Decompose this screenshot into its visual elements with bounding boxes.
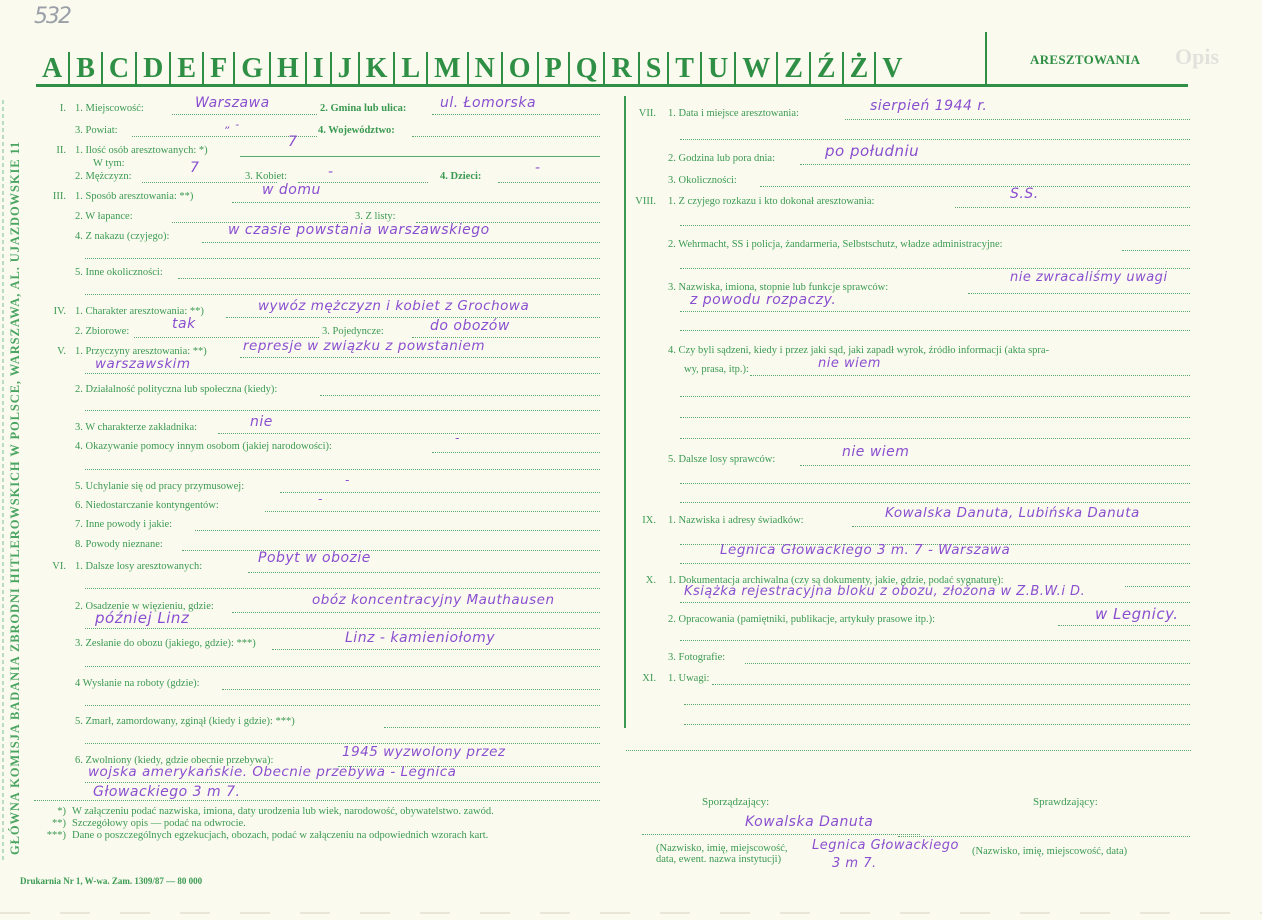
- line-sadzeni-2[interactable]: [680, 396, 1190, 397]
- value-kobiet: -: [328, 164, 334, 180]
- perforation-edge: [2, 100, 4, 860]
- label-losy-sprawcow: 5. Dalsze losy sprawców:: [668, 454, 775, 466]
- line-dokumentacja-2[interactable]: [680, 602, 1190, 603]
- alphabet-letter: Z: [778, 52, 811, 86]
- label-roboty: 4 Wysłanie na roboty (gdzie):: [75, 678, 200, 690]
- value-mezczyzn: 7: [190, 160, 199, 176]
- value-pojedyncze: do obozów: [430, 318, 510, 334]
- label-dalsze-losy: 1. Dalsze losy aresztowanych:: [75, 561, 202, 573]
- section-roman-XI: XI.: [626, 673, 656, 684]
- section-roman-VIII: VIII.: [626, 196, 656, 207]
- value-godzina: po południu: [825, 143, 919, 159]
- alphabet-letter: I: [307, 52, 332, 86]
- value-zakladnik: nie: [250, 414, 273, 430]
- label-wehrmacht: 2. Wehrmacht, SS i policja, żandarmeria,…: [668, 239, 1003, 251]
- label-inne-powody: 7. Inne powody i jakie:: [75, 519, 172, 531]
- line-godzina[interactable]: [800, 164, 1190, 165]
- value-opracowania: w Legnicy.: [1095, 606, 1179, 622]
- label-sporzadzajacy: Sporządzający:: [702, 796, 769, 808]
- label-godzina: 2. Godzina lub pora dnia:: [668, 153, 775, 165]
- bleed-through-text: Opis: [1175, 44, 1219, 70]
- line-nazwiska-sprawcow[interactable]: [968, 293, 1190, 294]
- line-dalsze-losy[interactable]: [248, 572, 600, 573]
- line-dalsze-losy-2[interactable]: [85, 588, 600, 589]
- value-nazwiska-sprawcow-2: z powodu rozpaczy.: [690, 292, 836, 308]
- line-kontyngenty[interactable]: [265, 511, 600, 512]
- value-powiat: „ -: [225, 117, 240, 133]
- label-okolicznosci: 3. Okoliczności:: [668, 175, 737, 187]
- footnote: **)Szczegółowy opis — podać na odwrocie.: [40, 818, 600, 830]
- alphabet-letter: N: [469, 52, 503, 86]
- label-wojewodztwo: 4. Województwo:: [318, 125, 395, 137]
- value-sporzadzajacy-address-2: 3 m 7.: [832, 856, 877, 872]
- label-w-tym: W tym:: [93, 158, 125, 170]
- value-data-miejsce: sierpień 1944 r.: [870, 98, 987, 114]
- line-inne-okolicznosci[interactable]: [178, 278, 600, 279]
- alphabet-index: ABCDEFGHIJKLMNOPQRSTUWZŹŻV: [36, 46, 909, 86]
- alphabet-letter: P: [539, 52, 570, 86]
- footnote: *)W załączeniu podać nazwiska, imiona, d…: [40, 806, 600, 818]
- label-gmina-text: 2. Gmina lub ulica:: [320, 103, 406, 114]
- alphabet-letter: R: [605, 52, 639, 86]
- alphabet-letter: J: [332, 52, 360, 86]
- line-nazwiska-sprawcow-3[interactable]: [680, 330, 1190, 331]
- value-sporzadzajacy-address: Legnica Głowackiego: [812, 838, 959, 854]
- line-gmina[interactable]: [432, 114, 600, 115]
- alphabet-letter: F: [204, 52, 235, 86]
- line-pomoc-2[interactable]: [85, 469, 600, 470]
- label-inne-okolicznosci: 5. Inne okoliczności:: [75, 267, 163, 279]
- section-roman-IV: IV.: [36, 306, 66, 317]
- label-mezczyzn: 2. Mężczyzn:: [75, 171, 132, 183]
- line-sadzeni[interactable]: [750, 375, 1190, 376]
- label-uchylanie: 5. Uchylanie się od pracy przymusowej:: [75, 481, 244, 493]
- alphabet-letter: K: [360, 52, 396, 86]
- section-roman-IX: IX.: [626, 515, 656, 526]
- label-lapanka: 2. W łapance:: [75, 211, 133, 223]
- caption-sprawdzajacy: (Nazwisko, imię, miejscowość, data): [972, 846, 1127, 858]
- line-inne-okolicznosci-2[interactable]: [85, 294, 600, 295]
- line-rozkaz[interactable]: [955, 207, 1190, 208]
- line-swiadkowie-3[interactable]: [680, 563, 1190, 564]
- column-divider: [624, 96, 626, 728]
- section-roman-VII: VII.: [626, 108, 656, 119]
- line-z-nakazu-2[interactable]: [85, 258, 600, 259]
- section-roman-VI: VI.: [36, 561, 66, 572]
- value-miejscowosc: Warszawa: [195, 95, 270, 111]
- value-sadzeni: nie wiem: [818, 356, 881, 372]
- line-osadzenie-2[interactable]: [85, 628, 600, 629]
- line-uwagi[interactable]: [712, 684, 1190, 685]
- label-sprawdzajacy: Sprawdzający:: [1033, 796, 1098, 808]
- alphabet-letter: B: [70, 52, 103, 86]
- section-roman-V: V.: [36, 346, 66, 357]
- line-wojewodztwo[interactable]: [412, 136, 600, 137]
- line-przyczyny-2[interactable]: [85, 373, 600, 374]
- alphabet-letter: Q: [570, 52, 606, 86]
- value-losy-sprawcow: nie wiem: [842, 444, 909, 460]
- line-z-nakazu[interactable]: [202, 242, 600, 243]
- label-zakladnik: 3. W charakterze zakładnika:: [75, 422, 197, 434]
- label-fotografie: 3. Fotografie:: [668, 652, 725, 664]
- form-title: ARESZTOWANIA: [1030, 52, 1140, 68]
- label-zmarl: 5. Zmarł, zamordowany, zginął (kiedy i g…: [75, 716, 295, 728]
- line-dzieci[interactable]: [498, 182, 600, 183]
- line-przyczyny[interactable]: [240, 357, 600, 358]
- label-swiadkowie: 1. Nazwiska i adresy świadków:: [668, 515, 804, 527]
- line-swiadkowie[interactable]: [852, 526, 1190, 527]
- value-nazwiska-sprawcow: nie zwracaliśmy uwagi: [1010, 270, 1168, 286]
- value-sposob: w domu: [262, 182, 321, 198]
- header-rule: [36, 84, 1188, 87]
- line-data-miejsce[interactable]: [845, 119, 1190, 120]
- label-z-nakazu: 4. Z nakazu (czyjego):: [75, 231, 169, 243]
- footnote-mark: **): [40, 818, 66, 830]
- line-pomoc[interactable]: [432, 452, 600, 453]
- label-powody-nieznane: 8. Powody nieznane:: [75, 539, 163, 551]
- section-roman-X: X.: [626, 575, 656, 586]
- label-miejscowosc: 1. Miejscowość:: [75, 103, 144, 115]
- label-sadzeni-2: wy, prasa, itp.):: [684, 364, 749, 376]
- line-losy-sprawcow-3[interactable]: [680, 502, 1190, 503]
- line-uchylanie[interactable]: [280, 492, 600, 493]
- value-z-nakazu: w czasie powstania warszawskiego: [228, 222, 490, 238]
- value-zwolniony: 1945 wyzwolony przez: [342, 744, 506, 760]
- line-ilosc-osob[interactable]: [240, 156, 600, 157]
- line-miejscowosc[interactable]: [172, 114, 317, 115]
- footnotes: *)W załączeniu podać nazwiska, imiona, d…: [40, 806, 600, 842]
- alphabet-letter: D: [137, 52, 171, 86]
- line-roboty[interactable]: [222, 689, 600, 690]
- alphabet-letter: V: [876, 52, 908, 86]
- section-roman-I: I.: [36, 103, 66, 114]
- line-uwagi-2[interactable]: [684, 704, 1190, 705]
- label-ilosc-osob: 1. Ilość osób aresztowanych: *): [75, 145, 208, 157]
- label-zbiorowe: 2. Zbiorowe:: [75, 326, 129, 338]
- footnote: ***)Dane o poszczególnych egzekucjach, o…: [40, 830, 600, 842]
- line-uwagi-4[interactable]: [626, 750, 1191, 751]
- value-zeslanie: Linz - kamieniołomy: [345, 630, 495, 646]
- value-ilosc-osob: 7: [288, 134, 297, 150]
- line-zeslanie[interactable]: [272, 649, 600, 650]
- value-uchylanie: -: [345, 472, 350, 488]
- value-sporzadzajacy-name: Kowalska Danuta: [745, 814, 873, 830]
- line-sprawdzajacy[interactable]: [898, 836, 1190, 837]
- line-osadzenie[interactable]: [232, 612, 600, 613]
- line-losy-sprawcow[interactable]: [800, 465, 1190, 466]
- value-charakter: wywóz mężczyzn i kobiet z Grochowa: [258, 298, 529, 314]
- alphabet-letter: L: [395, 52, 428, 86]
- alphabet-letter: A: [36, 52, 70, 86]
- line-rozkaz-2[interactable]: [680, 225, 1190, 226]
- value-zbiorowe: tak: [172, 316, 196, 332]
- label-sposob: 1. Sposób aresztowania: **): [75, 191, 193, 203]
- printer-note: Drukarnia Nr 1, W-wa. Zam. 1309/87 — 80 …: [20, 876, 202, 886]
- label-powiat: 3. Powiat:: [75, 125, 118, 137]
- line-wehrmacht[interactable]: [1122, 250, 1190, 251]
- alphabet-letter: T: [669, 52, 702, 86]
- label-data-miejsce: 1. Data i miejsce aresztowania:: [668, 108, 799, 120]
- line-sporzadzajacy[interactable]: [642, 834, 920, 835]
- footnote-mark: ***): [40, 830, 66, 842]
- line-roboty-2[interactable]: [85, 705, 600, 706]
- caption-sporzadzajacy-2: data, ewent. nazwa instytucji): [656, 854, 781, 866]
- value-przyczyny: represje w związku z powstaniem: [243, 338, 485, 354]
- label-dzieci: 4. Dzieci:: [440, 171, 481, 183]
- value-swiadkowie-2: Legnica Głowackiego 3 m. 7 - Warszawa: [720, 542, 1010, 558]
- section-roman-II: II.: [36, 145, 66, 156]
- value-gmina: ul. Łomorska: [440, 95, 536, 111]
- line-data-miejsce-2[interactable]: [680, 139, 1190, 140]
- value-dokumentacja: Książka rejestracyjna bloku z obozu, zło…: [684, 584, 1085, 600]
- value-swiadkowie: Kowalska Danuta, Lubińska Danuta: [885, 505, 1140, 521]
- line-opracowania-2[interactable]: [680, 640, 1190, 641]
- line-dokumentacja[interactable]: [1125, 586, 1190, 587]
- label-uwagi: 1. Uwagi:: [668, 673, 709, 685]
- line-zeslanie-2[interactable]: [85, 666, 600, 667]
- alphabet-letter: S: [640, 52, 670, 86]
- archive-number: 532: [34, 4, 70, 29]
- value-kontyngenty: -: [318, 491, 323, 507]
- label-kontyngenty: 6. Niedostarczanie kontyngentów:: [75, 500, 219, 512]
- label-pomoc: 4. Okazywanie pomocy innym osobom (jakie…: [75, 441, 332, 453]
- line-wehrmacht-2[interactable]: [680, 268, 1190, 269]
- paper-edge: [0, 912, 1262, 914]
- value-zwolniony-3: Głowackiego 3 m 7.: [93, 784, 240, 800]
- line-inne-powody[interactable]: [195, 530, 600, 531]
- line-sposob[interactable]: [232, 202, 600, 203]
- alphabet-letter: G: [235, 52, 271, 86]
- value-osadzenie: obóz koncentracyjny Mauthausen: [312, 592, 555, 608]
- footnote-text: Szczegółowy opis — podać na odwrocie.: [72, 818, 246, 830]
- value-dalsze-losy: Pobyt w obozie: [258, 550, 371, 566]
- line-sadzeni-4[interactable]: [680, 438, 1190, 439]
- value-dzieci: -: [535, 160, 541, 176]
- line-losy-sprawcow-2[interactable]: [680, 483, 1190, 484]
- value-rozkaz: S.S.: [1010, 186, 1039, 202]
- alphabet-letter: C: [103, 52, 137, 86]
- issuer-vertical-text: GŁÓWNA KOMISJA BADANIA ZBRODNI HITLEROWS…: [8, 65, 23, 855]
- label-wojewodztwo-text: 4. Województwo:: [318, 125, 395, 136]
- header-separator: [985, 32, 987, 87]
- label-pojedyncze: 3. Pojedyncze:: [322, 326, 384, 338]
- line-zwolniony-3[interactable]: [34, 800, 600, 801]
- value-pomoc: -: [455, 430, 460, 446]
- footnote-text: W załączeniu podać nazwiska, imiona, dat…: [72, 806, 494, 818]
- line-okolicznosci[interactable]: [760, 186, 1190, 187]
- label-rozkaz: 1. Z czyjego rozkazu i kto dokonał aresz…: [668, 196, 874, 208]
- alphabet-letter: H: [271, 52, 307, 86]
- value-zwolniony-2: wojska amerykańskie. Obecnie przebywa - …: [88, 764, 456, 780]
- alphabet-letter: Ż: [844, 52, 877, 86]
- line-dzialalnosc-2[interactable]: [85, 410, 600, 411]
- alphabet-letter: Ź: [811, 52, 844, 86]
- value-przyczyny-2: warszawskim: [95, 356, 191, 372]
- label-zeslanie: 3. Zesłanie do obozu (jakiego, gdzie): *…: [75, 638, 256, 650]
- line-zakladnik[interactable]: [218, 433, 600, 434]
- footnote-text: Dane o poszczególnych egzekucjach, oboza…: [72, 830, 488, 842]
- label-dzialalnosc: 2. Działalność polityczna lub społeczna …: [75, 384, 277, 396]
- line-fotografie[interactable]: [745, 663, 1190, 664]
- line-dzialalnosc[interactable]: [320, 395, 600, 396]
- line-nazwiska-sprawcow-2[interactable]: [680, 311, 1190, 312]
- label-gmina: 2. Gmina lub ulica:: [320, 103, 406, 115]
- alphabet-letter: M: [428, 52, 468, 86]
- footnote-mark: *): [40, 806, 66, 818]
- line-charakter[interactable]: [226, 317, 600, 318]
- line-powody-nieznane[interactable]: [182, 550, 600, 551]
- line-sadzeni-3[interactable]: [680, 417, 1190, 418]
- value-osadzenie-2: później Linz: [95, 610, 189, 626]
- label-dzieci-text: 4. Dzieci:: [440, 171, 481, 182]
- alphabet-letter: W: [736, 52, 778, 86]
- alphabet-letter: O: [503, 52, 539, 86]
- alphabet-letter: E: [171, 52, 204, 86]
- line-zmarl[interactable]: [384, 727, 600, 728]
- line-opracowania[interactable]: [1058, 625, 1190, 626]
- section-roman-III: III.: [36, 191, 66, 202]
- alphabet-letter: U: [702, 52, 736, 86]
- line-zwolniony-2[interactable]: [85, 782, 600, 783]
- line-uwagi-3[interactable]: [684, 724, 1190, 725]
- label-opracowania: 2. Opracowania (pamiętniki, publikacje, …: [668, 614, 935, 626]
